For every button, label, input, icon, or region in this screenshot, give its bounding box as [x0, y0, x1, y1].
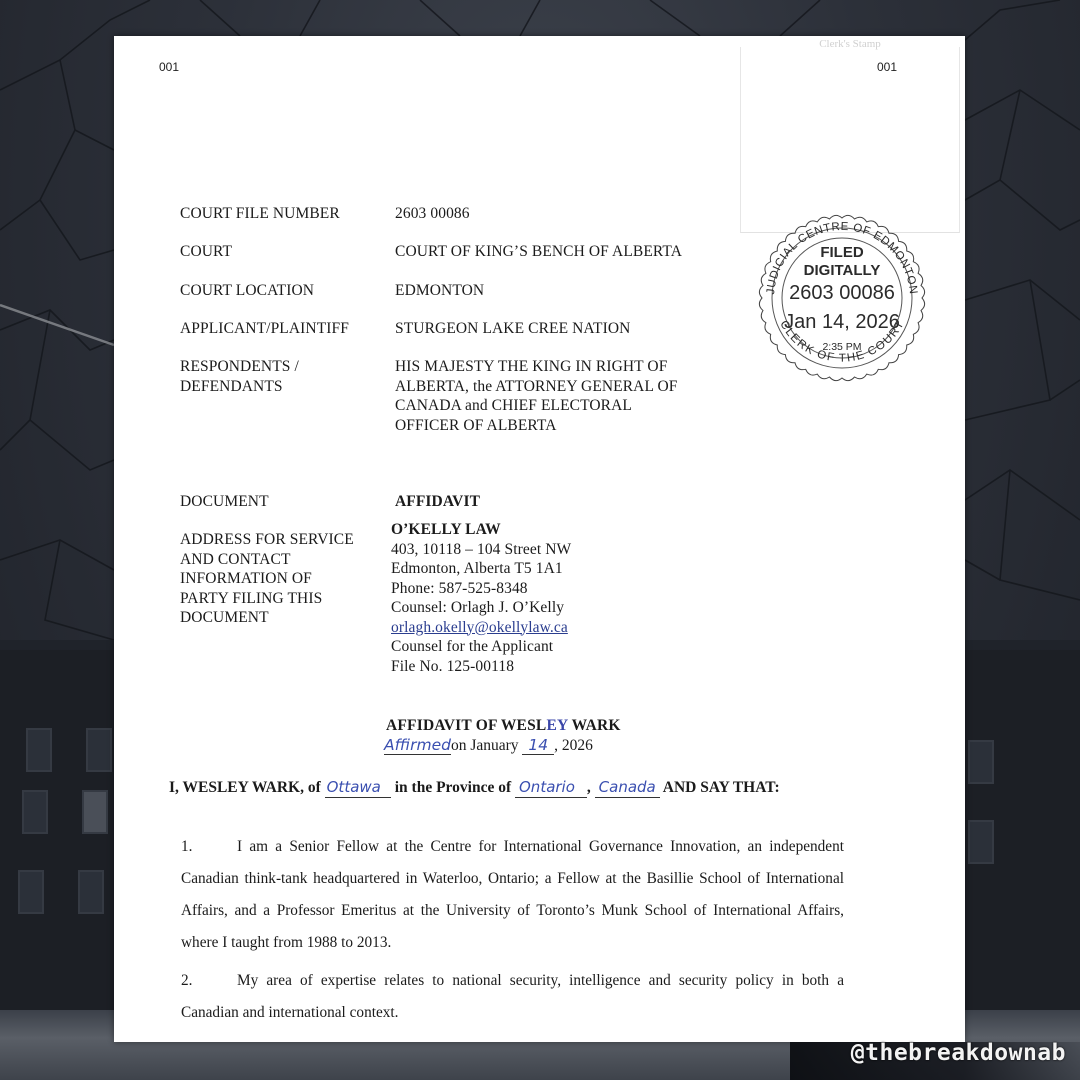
stamp-digitally: DIGITALLY	[752, 262, 932, 279]
filed-digitally-stamp: JUDICIAL CENTRE OF EDMONTON CLERK OF THE…	[752, 208, 932, 388]
field-value-court-file-number: 2603 00086	[395, 204, 735, 224]
clerk-stamp-label: Clerk's Stamp	[741, 38, 959, 50]
value-line: CANADA and CHIEF ELECTORAL	[395, 396, 735, 416]
field-value-document: AFFIDAVIT	[395, 492, 735, 512]
value-line: HIS MAJESTY THE KING IN RIGHT OF	[395, 357, 735, 377]
paragraph-number: 2.	[181, 965, 237, 997]
label-line: ADDRESS FOR SERVICE	[180, 530, 380, 550]
paragraph-number: 1.	[181, 831, 237, 863]
field-label-court-file-number: COURT FILE NUMBER	[180, 204, 380, 224]
address-street: 403, 10118 – 104 Street NW	[391, 540, 731, 560]
city-handwritten: Ottawa	[325, 777, 391, 798]
title-text: WARK	[568, 717, 621, 734]
stamp-filed: FILED	[752, 244, 932, 261]
address-block: O’KELLY LAW 403, 10118 – 104 Street NW E…	[391, 520, 731, 676]
affidavit-title: AFFIDAVIT OF WESLEY WARK	[386, 717, 621, 735]
intro-text: ,	[587, 779, 595, 796]
firm-name: O’KELLY LAW	[391, 520, 731, 540]
field-label-document: DOCUMENT	[180, 492, 380, 512]
value-line: ALBERTA, the ATTORNEY GENERAL OF	[395, 377, 735, 397]
label-line: RESPONDENTS /	[180, 357, 380, 377]
field-value-applicant: STURGEON LAKE CREE NATION	[395, 319, 735, 339]
year-text: , 2026	[554, 737, 593, 754]
label-line: AND CONTACT	[180, 550, 380, 570]
paragraph-1: 1.I am a Senior Fellow at the Centre for…	[181, 831, 844, 959]
address-city: Edmonton, Alberta T5 1A1	[391, 559, 731, 579]
field-label-court: COURT	[180, 242, 380, 262]
affirmed-line: Affirmedon January 14, 2026	[384, 736, 593, 755]
field-label-applicant: APPLICANT/PLAINTIFF	[180, 319, 380, 339]
watermark-handle: @thebreakdownab	[851, 1040, 1066, 1066]
counsel-name: Counsel: Orlagh J. O’Kelly	[391, 598, 731, 618]
title-text-overwritten: EY	[546, 717, 567, 734]
stamp-file-number: 2603 00086	[752, 282, 932, 305]
field-label-address: ADDRESS FOR SERVICE AND CONTACT INFORMAT…	[180, 530, 380, 628]
stamp-date: Jan 14, 2026	[752, 311, 932, 334]
label-line: DEFENDANTS	[180, 377, 380, 397]
field-label-respondents: RESPONDENTS / DEFENDANTS	[180, 357, 380, 396]
country-handwritten: Canada	[595, 777, 660, 798]
intro-text: I, WESLEY WARK, of	[169, 779, 325, 796]
field-label-court-location: COURT LOCATION	[180, 281, 380, 301]
building-left	[0, 650, 114, 1010]
page-number-right: 001	[877, 60, 897, 74]
file-number: File No. 125-00118	[391, 657, 731, 677]
paragraph-text: I am a Senior Fellow at the Centre for I…	[181, 838, 844, 951]
page-number-left: 001	[159, 60, 179, 74]
title-text: AFFIDAVIT OF WESL	[386, 717, 546, 734]
field-value-respondents: HIS MAJESTY THE KING IN RIGHT OF ALBERTA…	[395, 357, 735, 435]
intro-text: AND SAY THAT:	[660, 779, 780, 796]
intro-text: in the Province of	[391, 779, 515, 796]
clerk-stamp-box: Clerk's Stamp	[740, 47, 960, 233]
province-handwritten: Ontario	[515, 777, 587, 798]
paragraph-text: My area of expertise relates to national…	[181, 972, 844, 1021]
label-line: PARTY FILING THIS	[180, 589, 380, 609]
affidavit-page: 001 Clerk's Stamp 001 COURT FILE NUMBER …	[114, 36, 965, 1042]
date-text: on January	[451, 737, 522, 754]
day-handwritten: 14	[522, 736, 554, 755]
label-line: DOCUMENT	[180, 608, 380, 628]
stamp-time: 2:35 PM	[752, 341, 932, 353]
affirmed-handwritten: Affirmed	[384, 736, 451, 755]
affiant-intro: I, WESLEY WARK, of Ottawa in the Provinc…	[169, 777, 859, 798]
building-right	[964, 650, 1080, 1010]
email-link[interactable]: orlagh.okelly@okellylaw.ca	[391, 618, 731, 638]
phone: Phone: 587-525-8348	[391, 579, 731, 599]
label-line: INFORMATION OF	[180, 569, 380, 589]
value-line: OFFICER OF ALBERTA	[395, 416, 735, 436]
counsel-role: Counsel for the Applicant	[391, 637, 731, 657]
field-value-court: COURT OF KING’S BENCH OF ALBERTA	[395, 242, 735, 262]
field-value-court-location: EDMONTON	[395, 281, 735, 301]
paragraph-2: 2.My area of expertise relates to nation…	[181, 965, 844, 1029]
